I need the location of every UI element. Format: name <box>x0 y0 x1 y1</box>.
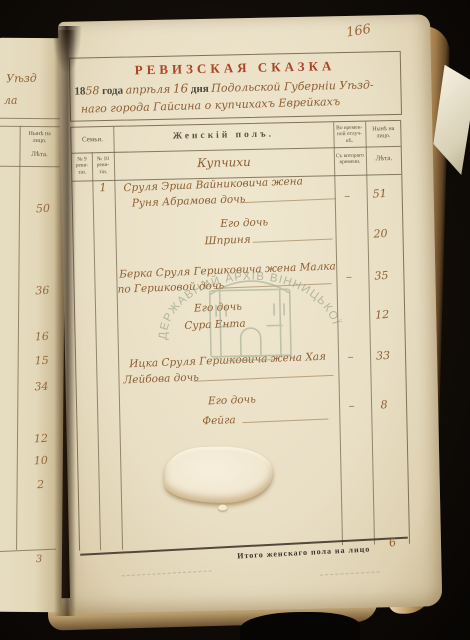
col-header-absent: Во времен- ной отлуч- кѣ. <box>334 125 364 145</box>
entry-line: Фейга <box>202 414 236 427</box>
date-line-2: наго города Гайсина о купчихахъ Еврейках… <box>81 95 341 116</box>
left-age-value: 36 <box>28 284 57 298</box>
table-shadow <box>240 612 360 640</box>
left-header-box-line <box>0 118 60 120</box>
svg-text:ДЕРЖАВНИЙ АРХІВ ВІННИЦЬКОЇ ОБЛ: ДЕРЖАВНИЙ АРХІВ ВІННИЦЬКОЇ ОБЛАСТІ <box>155 244 344 340</box>
col-header-present: Нынѣ на лицо. <box>367 126 399 140</box>
left-table-mid-line <box>0 166 59 168</box>
title-block: РЕВИЗСКАЯ СКАЗКА 1858 года апрѣля 16 дня… <box>69 51 402 122</box>
printed-dnya: дня <box>191 83 209 95</box>
table-vline <box>113 127 123 550</box>
age-value: 51 <box>365 187 394 202</box>
age-value: 12 <box>368 308 397 323</box>
binding-gutter-shadow <box>54 30 76 616</box>
subheader-rev10: № 10 реви- зіи. <box>93 156 113 175</box>
col-header-family: Семьи. <box>71 135 113 144</box>
handwritten-place: Подольской Губерніи Уѣзд- <box>211 78 374 94</box>
left-bottom-line <box>0 549 56 553</box>
date-line: 1858 года апрѣля 16 дня Подольской Губер… <box>74 77 398 98</box>
pencil-scribble <box>319 566 379 575</box>
left-col-header-present: Нынѣ на лицо. <box>22 131 58 145</box>
subheader-years: Лѣта. <box>368 154 400 163</box>
left-age-value: 34 <box>27 379 56 393</box>
left-table-top-line <box>0 126 60 128</box>
table-vline <box>92 152 101 550</box>
subheader-category: Купчихи <box>114 153 334 172</box>
left-bottom-mark: 3 <box>36 554 43 565</box>
printed-goda: года <box>102 85 123 97</box>
handwritten-year: 58 <box>85 84 99 97</box>
col-header-female-sex: Женскій полъ. <box>113 128 333 143</box>
printed-year-prefix: 18 <box>74 85 85 97</box>
document-title: РЕВИЗСКАЯ СКАЗКА <box>70 57 400 80</box>
age-value: 20 <box>366 227 395 242</box>
left-page-text-fragment2: ла <box>4 94 18 107</box>
document-page: 166 РЕВИЗСКАЯ СКАЗКА 1858 года апрѣля 16… <box>58 14 442 614</box>
left-column-line <box>16 126 21 550</box>
age-value: 8 <box>370 397 399 412</box>
age-value: 33 <box>369 348 398 363</box>
left-age-value: 15 <box>27 353 56 367</box>
archive-stamp-text: ДЕРЖАВНИЙ АРХІВ ВІННИЦЬКОЇ ОБЛАСТІ <box>155 244 344 340</box>
left-age-value: 50 <box>29 202 58 216</box>
archive-stamp: ДЕРЖАВНИЙ АРХІВ ВІННИЦЬКОЇ ОБЛАСТІ <box>155 244 345 368</box>
left-col-header-years: Лѣта. <box>21 150 57 158</box>
entry-line: Его дочь <box>208 394 256 408</box>
ditto-mark <box>345 196 350 197</box>
left-age-value: 12 <box>27 431 56 445</box>
ditto-mark <box>346 277 351 278</box>
ditto-mark <box>348 357 353 358</box>
binding-crease-shadow <box>52 26 82 74</box>
left-page-text-fragment: Уѣзд <box>6 72 37 86</box>
left-age-value: 2 <box>26 477 55 491</box>
handwritten-day: 16 <box>173 81 189 95</box>
folio-number: 166 <box>345 22 372 41</box>
table-vline <box>365 122 375 545</box>
building-illustration <box>209 280 291 361</box>
pencil-scribble <box>121 565 211 576</box>
age-value: 35 <box>367 269 396 284</box>
entry-line: Его дочь <box>220 216 268 230</box>
left-age-value: 10 <box>27 453 56 467</box>
subheader-since: Съ котораго времени. <box>335 153 365 166</box>
left-age-value: 16 <box>28 329 57 343</box>
archive-photo-scene: Уѣзд ла Нынѣ на лицо. Лѣта. 50 36 16 15 … <box>0 0 470 640</box>
family-number: 1 <box>99 181 106 194</box>
ditto-mark <box>349 406 354 407</box>
handwritten-month: апрѣля <box>126 83 171 97</box>
